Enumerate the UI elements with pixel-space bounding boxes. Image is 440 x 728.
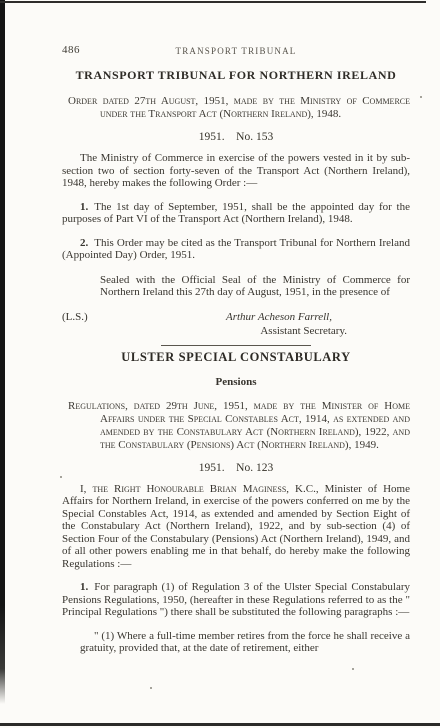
article-number: 1.: [80, 581, 94, 593]
scan-edge-bottom: [0, 723, 440, 726]
section-divider: [161, 345, 311, 346]
seal-mark: (L.S.): [62, 311, 88, 323]
regulations-title: ULSTER SPECIAL CONSTABULARY: [62, 350, 410, 365]
scan-speck: [352, 668, 354, 670]
regulations-subtitle: Pensions: [62, 376, 410, 388]
regulations-number-line: 1951. No. 123: [62, 462, 410, 474]
article-text: The 1st day of September, 1951, shall be…: [62, 201, 410, 226]
article-number: 2.: [80, 237, 94, 249]
page-number: 486: [62, 44, 80, 56]
signature-title: Assistant Secretary.: [226, 325, 347, 337]
opening-rest: Minister of Home Affairs for Northern Ir…: [62, 483, 410, 570]
order-number-line: 1951. No. 153: [62, 131, 410, 143]
scan-speck: [150, 687, 152, 689]
scan-edge-left: [0, 0, 5, 704]
order-article-1: 1.The 1st day of September, 1951, shall …: [62, 201, 410, 226]
scan-speck: [420, 96, 422, 98]
signature-column: Arthur Acheson Farrell, Assistant Secret…: [226, 311, 410, 337]
signature-block: (L.S.) Arthur Acheson Farrell, Assistant…: [62, 311, 410, 337]
order-title: TRANSPORT TRIBUNAL FOR NORTHERN IRELAND: [62, 68, 410, 83]
order-caption: Order dated 27th August, 1951, made by t…: [62, 95, 410, 121]
page-content: 486 TRANSPORT TRIBUNAL TRANSPORT TRIBUNA…: [62, 44, 410, 666]
regulations-opening-paragraph: I, the Right Honourable Brian Maginess, …: [62, 483, 410, 571]
article-text: For paragraph (1) of Regulation 3 of the…: [62, 581, 410, 618]
signature-name: Arthur Acheson Farrell,: [226, 311, 332, 323]
scan-edge-top: [0, 1, 426, 3]
quoted-substituted-paragraph: " (1) Where a full-time member retires f…: [62, 630, 410, 655]
scanned-document-page: 486 TRANSPORT TRIBUNAL TRANSPORT TRIBUNA…: [0, 0, 440, 728]
regulations-caption: Regulations, dated 29th June, 1951, made…: [62, 400, 410, 452]
order-intro-paragraph: The Ministry of Commerce in exercise of …: [62, 152, 410, 190]
opening-lead: I, the Right Honourable Brian Maginess, …: [80, 483, 319, 495]
running-head: TRANSPORT TRIBUNAL: [176, 46, 297, 56]
regulation-article-1: 1.For paragraph (1) of Regulation 3 of t…: [62, 581, 410, 619]
article-text: This Order may be cited as the Transport…: [62, 237, 410, 262]
order-article-2: 2.This Order may be cited as the Transpo…: [62, 237, 410, 262]
article-number: 1.: [80, 201, 94, 213]
page-header: 486 TRANSPORT TRIBUNAL: [62, 44, 410, 60]
sealing-clause: Sealed with the Official Seal of the Min…: [62, 274, 410, 299]
